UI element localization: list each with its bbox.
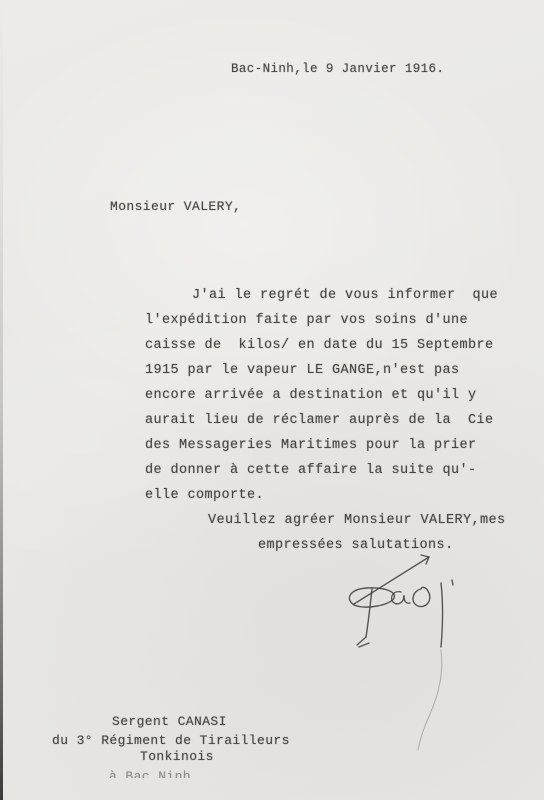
letter-dateline: Bac-Ninh,le 9 Janvier 1916. <box>231 62 444 76</box>
signer-name: Sergent CANASI <box>112 714 290 730</box>
body-line: 1915 par le vapeur LE GANGE,n'est pas <box>145 358 506 383</box>
body-line: l'expédition faite par vos soins d'une <box>145 308 506 333</box>
scanned-letter-page: Bac-Ninh,le 9 Janvier 1916. Monsieur VAL… <box>0 0 544 800</box>
body-line: aurait lieu de réclamer auprès de la Cie <box>145 408 506 433</box>
body-line: de donner à cette affaire la suite qu'- <box>145 458 506 483</box>
body-line: des Messageries Maritimes pour la prier <box>145 433 506 458</box>
faded-partial-line-wrapper: à Bac Ninh <box>109 769 290 778</box>
body-line: caisse de kilos/ en date du 15 Septembre <box>145 333 506 358</box>
closing-line: Veuillez agréer Monsieur VALERY,mes <box>145 508 506 533</box>
letter-salutation: Monsieur VALERY, <box>110 199 241 214</box>
body-line: encore arrivée a destination et qu'il y <box>145 383 506 408</box>
letter-signature-block: Sergent CANASI du 3° Régiment de Tiraill… <box>52 714 290 778</box>
scan-edge-shadow <box>0 0 3 800</box>
signer-regiment: du 3° Régiment de Tirailleurs <box>52 733 290 749</box>
signer-location-partial: à Bac Ninh <box>109 769 290 778</box>
body-line: J'ai le regrét de vous informer que <box>145 283 506 308</box>
letter-body: J'ai le regrét de vous informer que l'ex… <box>145 283 506 558</box>
signer-regiment-suffix: Tonkinois <box>140 749 290 765</box>
closing-line: empressées salutations. <box>145 533 506 558</box>
body-line: elle comporte. <box>145 483 506 508</box>
